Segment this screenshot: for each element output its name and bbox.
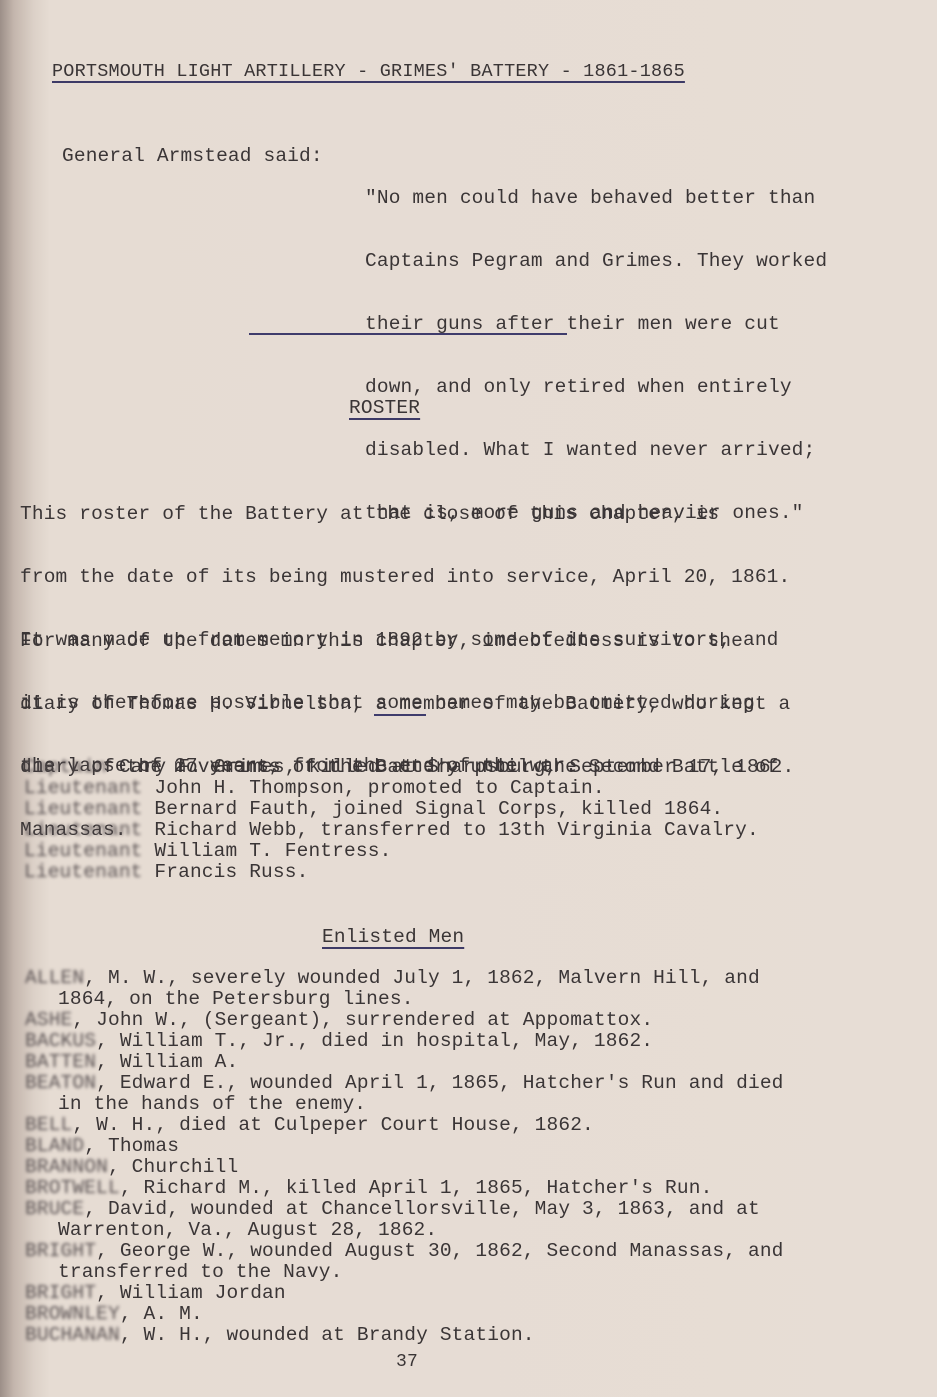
enlisted-surname: BUCHANAN xyxy=(25,1324,120,1346)
quote-line: "No men could have behaved better than xyxy=(365,188,827,209)
enlisted-details: , M. W., severely wounded July 1, 1862, … xyxy=(84,967,760,989)
enlisted-details: , Thomas xyxy=(84,1135,179,1157)
enlisted-entry: BRIGHT, William Jordan xyxy=(25,1283,784,1304)
quote-line: down, and only retired when entirely xyxy=(365,377,827,398)
enlisted-entry: BATTEN, William A. xyxy=(25,1052,784,1073)
officer-rank: Lieutenant xyxy=(24,777,143,799)
quote-line: Captains Pegram and Grimes. They worked xyxy=(365,251,827,272)
section-divider xyxy=(249,333,567,335)
enlisted-surname: BROWNLEY xyxy=(25,1303,120,1325)
quote-line: disabled. What I wanted never arrived; xyxy=(365,440,827,461)
officer-details: Richard Webb, transferred to 13th Virgin… xyxy=(143,819,759,841)
enlisted-details: , George W., wounded August 30, 1862, Se… xyxy=(96,1240,783,1262)
enlisted-entry-continuation: 1864, on the Petersburg lines. xyxy=(25,989,784,1010)
page-number: 37 xyxy=(396,1352,418,1373)
short-divider xyxy=(374,714,426,716)
officer-entry: Lieutenant Richard Webb, transferred to … xyxy=(24,820,794,841)
officer-rank: Lieutenant xyxy=(24,798,143,820)
enlisted-details: , Edward E., wounded April 1, 1865, Hatc… xyxy=(96,1072,783,1094)
officer-rank: Captain xyxy=(24,756,107,778)
enlisted-entry: BROWNLEY, A. M. xyxy=(25,1304,784,1325)
enlisted-entry: BEATON, Edward E., wounded April 1, 1865… xyxy=(25,1073,784,1094)
enlisted-entry-continuation: transferred to the Navy. xyxy=(25,1262,784,1283)
officer-rank: Lieutenant xyxy=(24,861,143,883)
enlisted-entry: BLAND, Thomas xyxy=(25,1136,784,1157)
enlisted-entry: ALLEN, M. W., severely wounded July 1, 1… xyxy=(25,968,784,989)
paragraph-line: from the date of its being mustered into… xyxy=(20,567,790,588)
enlisted-details: , David, wounded at Chancellorsville, Ma… xyxy=(84,1198,760,1220)
paragraph-line: diary of Thomas H. Virnelson, a member o… xyxy=(20,694,790,715)
enlisted-entry: ASHE, John W., (Sergeant), surrendered a… xyxy=(25,1010,784,1031)
officer-entry: Lieutenant Francis Russ. xyxy=(24,862,794,883)
officer-entry: Lieutenant John H. Thompson, promoted to… xyxy=(24,778,794,799)
enlisted-entry-continuation: in the hands of the enemy. xyxy=(25,1094,784,1115)
book-page: PORTSMOUTH LIGHT ARTILLERY - GRIMES' BAT… xyxy=(0,0,937,1397)
enlisted-entry: BRIGHT, George W., wounded August 30, 18… xyxy=(25,1241,784,1262)
enlisted-surname: BLAND xyxy=(25,1135,84,1157)
enlisted-details: , William A. xyxy=(96,1051,238,1073)
enlisted-details: , W. H., wounded at Brandy Station. xyxy=(120,1324,535,1346)
enlisted-entry: BACKUS, William T., Jr., died in hospita… xyxy=(25,1031,784,1052)
enlisted-entry: BROTWELL, Richard M., killed April 1, 18… xyxy=(25,1178,784,1199)
enlisted-surname: BROTWELL xyxy=(25,1177,120,1199)
enlisted-details: , Richard M., killed April 1, 1865, Hatc… xyxy=(120,1177,713,1199)
paragraph-line: For many of the dates in this chapter, i… xyxy=(20,631,790,652)
enlisted-details: , Churchill xyxy=(108,1156,238,1178)
enlisted-surname: BACKUS xyxy=(25,1030,96,1052)
enlisted-surname: BATTEN xyxy=(25,1051,96,1073)
enlisted-men-heading: Enlisted Men xyxy=(322,927,464,948)
enlisted-entry: BRANNON, Churchill xyxy=(25,1157,784,1178)
officer-entry: Captain Cary F. Grimes, killed at Sharps… xyxy=(24,757,794,778)
enlisted-details: , William T., Jr., died in hospital, May… xyxy=(96,1030,653,1052)
enlisted-entry: BUCHANAN, W. H., wounded at Brandy Stati… xyxy=(25,1325,784,1346)
officer-rank: Lieutenant xyxy=(24,840,143,862)
enlisted-surname: BRUCE xyxy=(25,1198,84,1220)
enlisted-details: , A. M. xyxy=(120,1303,203,1325)
enlisted-men-list: ALLEN, M. W., severely wounded July 1, 1… xyxy=(25,968,784,1346)
quote-attribution: General Armstead said: xyxy=(62,146,335,167)
officer-details: Francis Russ. xyxy=(143,861,309,883)
officer-details: William T. Fentress. xyxy=(143,840,392,862)
officer-details: Bernard Fauth, joined Signal Corps, kill… xyxy=(143,798,724,820)
enlisted-entry: BRUCE, David, wounded at Chancellorsvill… xyxy=(25,1199,784,1220)
officer-details: John H. Thompson, promoted to Captain. xyxy=(143,777,605,799)
enlisted-surname: BRANNON xyxy=(25,1156,108,1178)
enlisted-details: , W. H., died at Culpeper Court House, 1… xyxy=(72,1114,593,1136)
enlisted-details: , John W., (Sergeant), surrendered at Ap… xyxy=(72,1009,653,1031)
page-header: PORTSMOUTH LIGHT ARTILLERY - GRIMES' BAT… xyxy=(52,61,685,82)
officer-rank: Lieutenant xyxy=(24,819,143,841)
roster-heading: ROSTER xyxy=(349,398,420,419)
enlisted-surname: BELL xyxy=(25,1114,72,1136)
enlisted-entry-continuation: Warrenton, Va., August 28, 1862. xyxy=(25,1220,784,1241)
quote-line: their guns after their men were cut xyxy=(365,314,827,335)
enlisted-surname: BRIGHT xyxy=(25,1282,96,1304)
enlisted-entry: BELL, W. H., died at Culpeper Court Hous… xyxy=(25,1115,784,1136)
officer-entry: Lieutenant Bernard Fauth, joined Signal … xyxy=(24,799,794,820)
enlisted-surname: BRIGHT xyxy=(25,1240,96,1262)
officer-entry: Lieutenant William T. Fentress. xyxy=(24,841,794,862)
enlisted-surname: BEATON xyxy=(25,1072,96,1094)
officer-details: Cary F. Grimes, killed at Sharpsburg, Se… xyxy=(107,756,794,778)
officers-list: Captain Cary F. Grimes, killed at Sharps… xyxy=(24,757,794,883)
enlisted-surname: ALLEN xyxy=(25,967,84,989)
enlisted-details: , William Jordan xyxy=(96,1282,286,1304)
paragraph-line: This roster of the Battery at the close … xyxy=(20,504,790,525)
enlisted-surname: ASHE xyxy=(25,1009,72,1031)
